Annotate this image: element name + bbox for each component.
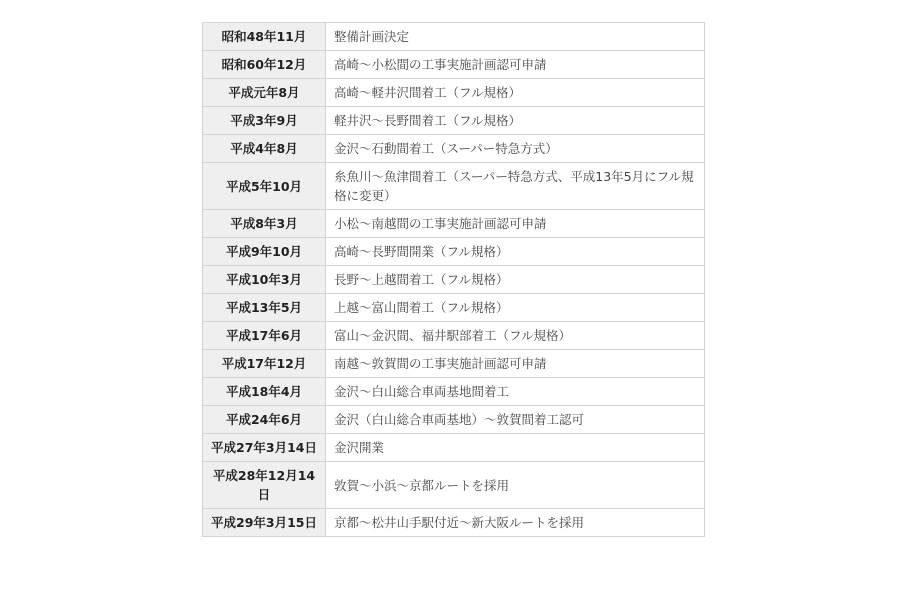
- date-cell: 平成9年10月: [203, 238, 326, 266]
- date-cell: 平成元年8月: [203, 79, 326, 107]
- table-row: 平成17年12月 南越～敦賀間の工事実施計画認可申請: [203, 350, 705, 378]
- event-cell: 敦賀～小浜～京都ルートを採用: [326, 462, 705, 509]
- event-cell: 整備計画決定: [326, 23, 705, 51]
- date-cell: 平成17年6月: [203, 322, 326, 350]
- table-row: 平成29年3月15日 京都～松井山手駅付近～新大阪ルートを採用: [203, 509, 705, 537]
- timeline-table: 昭和48年11月 整備計画決定 昭和60年12月 高崎～小松間の工事実施計画認可…: [202, 22, 705, 537]
- event-cell: 長野～上越間着工（フル規格）: [326, 266, 705, 294]
- date-cell: 平成5年10月: [203, 163, 326, 210]
- table-row: 平成5年10月 糸魚川～魚津間着工（スーパー特急方式、平成13年5月にフル規格に…: [203, 163, 705, 210]
- date-cell: 平成29年3月15日: [203, 509, 326, 537]
- event-cell: 京都～松井山手駅付近～新大阪ルートを採用: [326, 509, 705, 537]
- event-cell: 富山～金沢間、福井駅部着工（フル規格）: [326, 322, 705, 350]
- table-row: 昭和60年12月 高崎～小松間の工事実施計画認可申請: [203, 51, 705, 79]
- event-cell: 南越～敦賀間の工事実施計画認可申請: [326, 350, 705, 378]
- table-row: 平成13年5月 上越～富山間着工（フル規格）: [203, 294, 705, 322]
- event-cell: 金沢開業: [326, 434, 705, 462]
- event-cell: 小松～南越間の工事実施計画認可申請: [326, 210, 705, 238]
- table-row: 平成27年3月14日 金沢開業: [203, 434, 705, 462]
- date-cell: 昭和48年11月: [203, 23, 326, 51]
- table-row: 平成17年6月 富山～金沢間、福井駅部着工（フル規格）: [203, 322, 705, 350]
- date-cell: 平成24年6月: [203, 406, 326, 434]
- table-row: 平成3年9月 軽井沢～長野間着工（フル規格）: [203, 107, 705, 135]
- date-cell: 平成28年12月14日: [203, 462, 326, 509]
- event-cell: 上越～富山間着工（フル規格）: [326, 294, 705, 322]
- date-cell: 平成10年3月: [203, 266, 326, 294]
- event-cell: 高崎～長野間開業（フル規格）: [326, 238, 705, 266]
- event-cell: 軽井沢～長野間着工（フル規格）: [326, 107, 705, 135]
- date-cell: 平成18年4月: [203, 378, 326, 406]
- event-cell: 金沢～白山総合車両基地間着工: [326, 378, 705, 406]
- event-cell: 高崎～小松間の工事実施計画認可申請: [326, 51, 705, 79]
- table-row: 平成8年3月 小松～南越間の工事実施計画認可申請: [203, 210, 705, 238]
- table-row: 平成10年3月 長野～上越間着工（フル規格）: [203, 266, 705, 294]
- date-cell: 平成13年5月: [203, 294, 326, 322]
- date-cell: 平成3年9月: [203, 107, 326, 135]
- event-cell: 金沢～石動間着工（スーパー特急方式）: [326, 135, 705, 163]
- event-cell: 糸魚川～魚津間着工（スーパー特急方式、平成13年5月にフル規格に変更）: [326, 163, 705, 210]
- date-cell: 昭和60年12月: [203, 51, 326, 79]
- event-cell: 高崎～軽井沢間着工（フル規格）: [326, 79, 705, 107]
- date-cell: 平成17年12月: [203, 350, 326, 378]
- timeline-container: 昭和48年11月 整備計画決定 昭和60年12月 高崎～小松間の工事実施計画認可…: [202, 22, 705, 537]
- table-row: 平成4年8月 金沢～石動間着工（スーパー特急方式）: [203, 135, 705, 163]
- table-row: 平成24年6月 金沢（白山総合車両基地）～敦賀間着工認可: [203, 406, 705, 434]
- event-cell: 金沢（白山総合車両基地）～敦賀間着工認可: [326, 406, 705, 434]
- table-row: 平成元年8月 高崎～軽井沢間着工（フル規格）: [203, 79, 705, 107]
- table-row: 昭和48年11月 整備計画決定: [203, 23, 705, 51]
- table-row: 平成28年12月14日 敦賀～小浜～京都ルートを採用: [203, 462, 705, 509]
- table-row: 平成18年4月 金沢～白山総合車両基地間着工: [203, 378, 705, 406]
- date-cell: 平成27年3月14日: [203, 434, 326, 462]
- date-cell: 平成8年3月: [203, 210, 326, 238]
- date-cell: 平成4年8月: [203, 135, 326, 163]
- table-row: 平成9年10月 高崎～長野間開業（フル規格）: [203, 238, 705, 266]
